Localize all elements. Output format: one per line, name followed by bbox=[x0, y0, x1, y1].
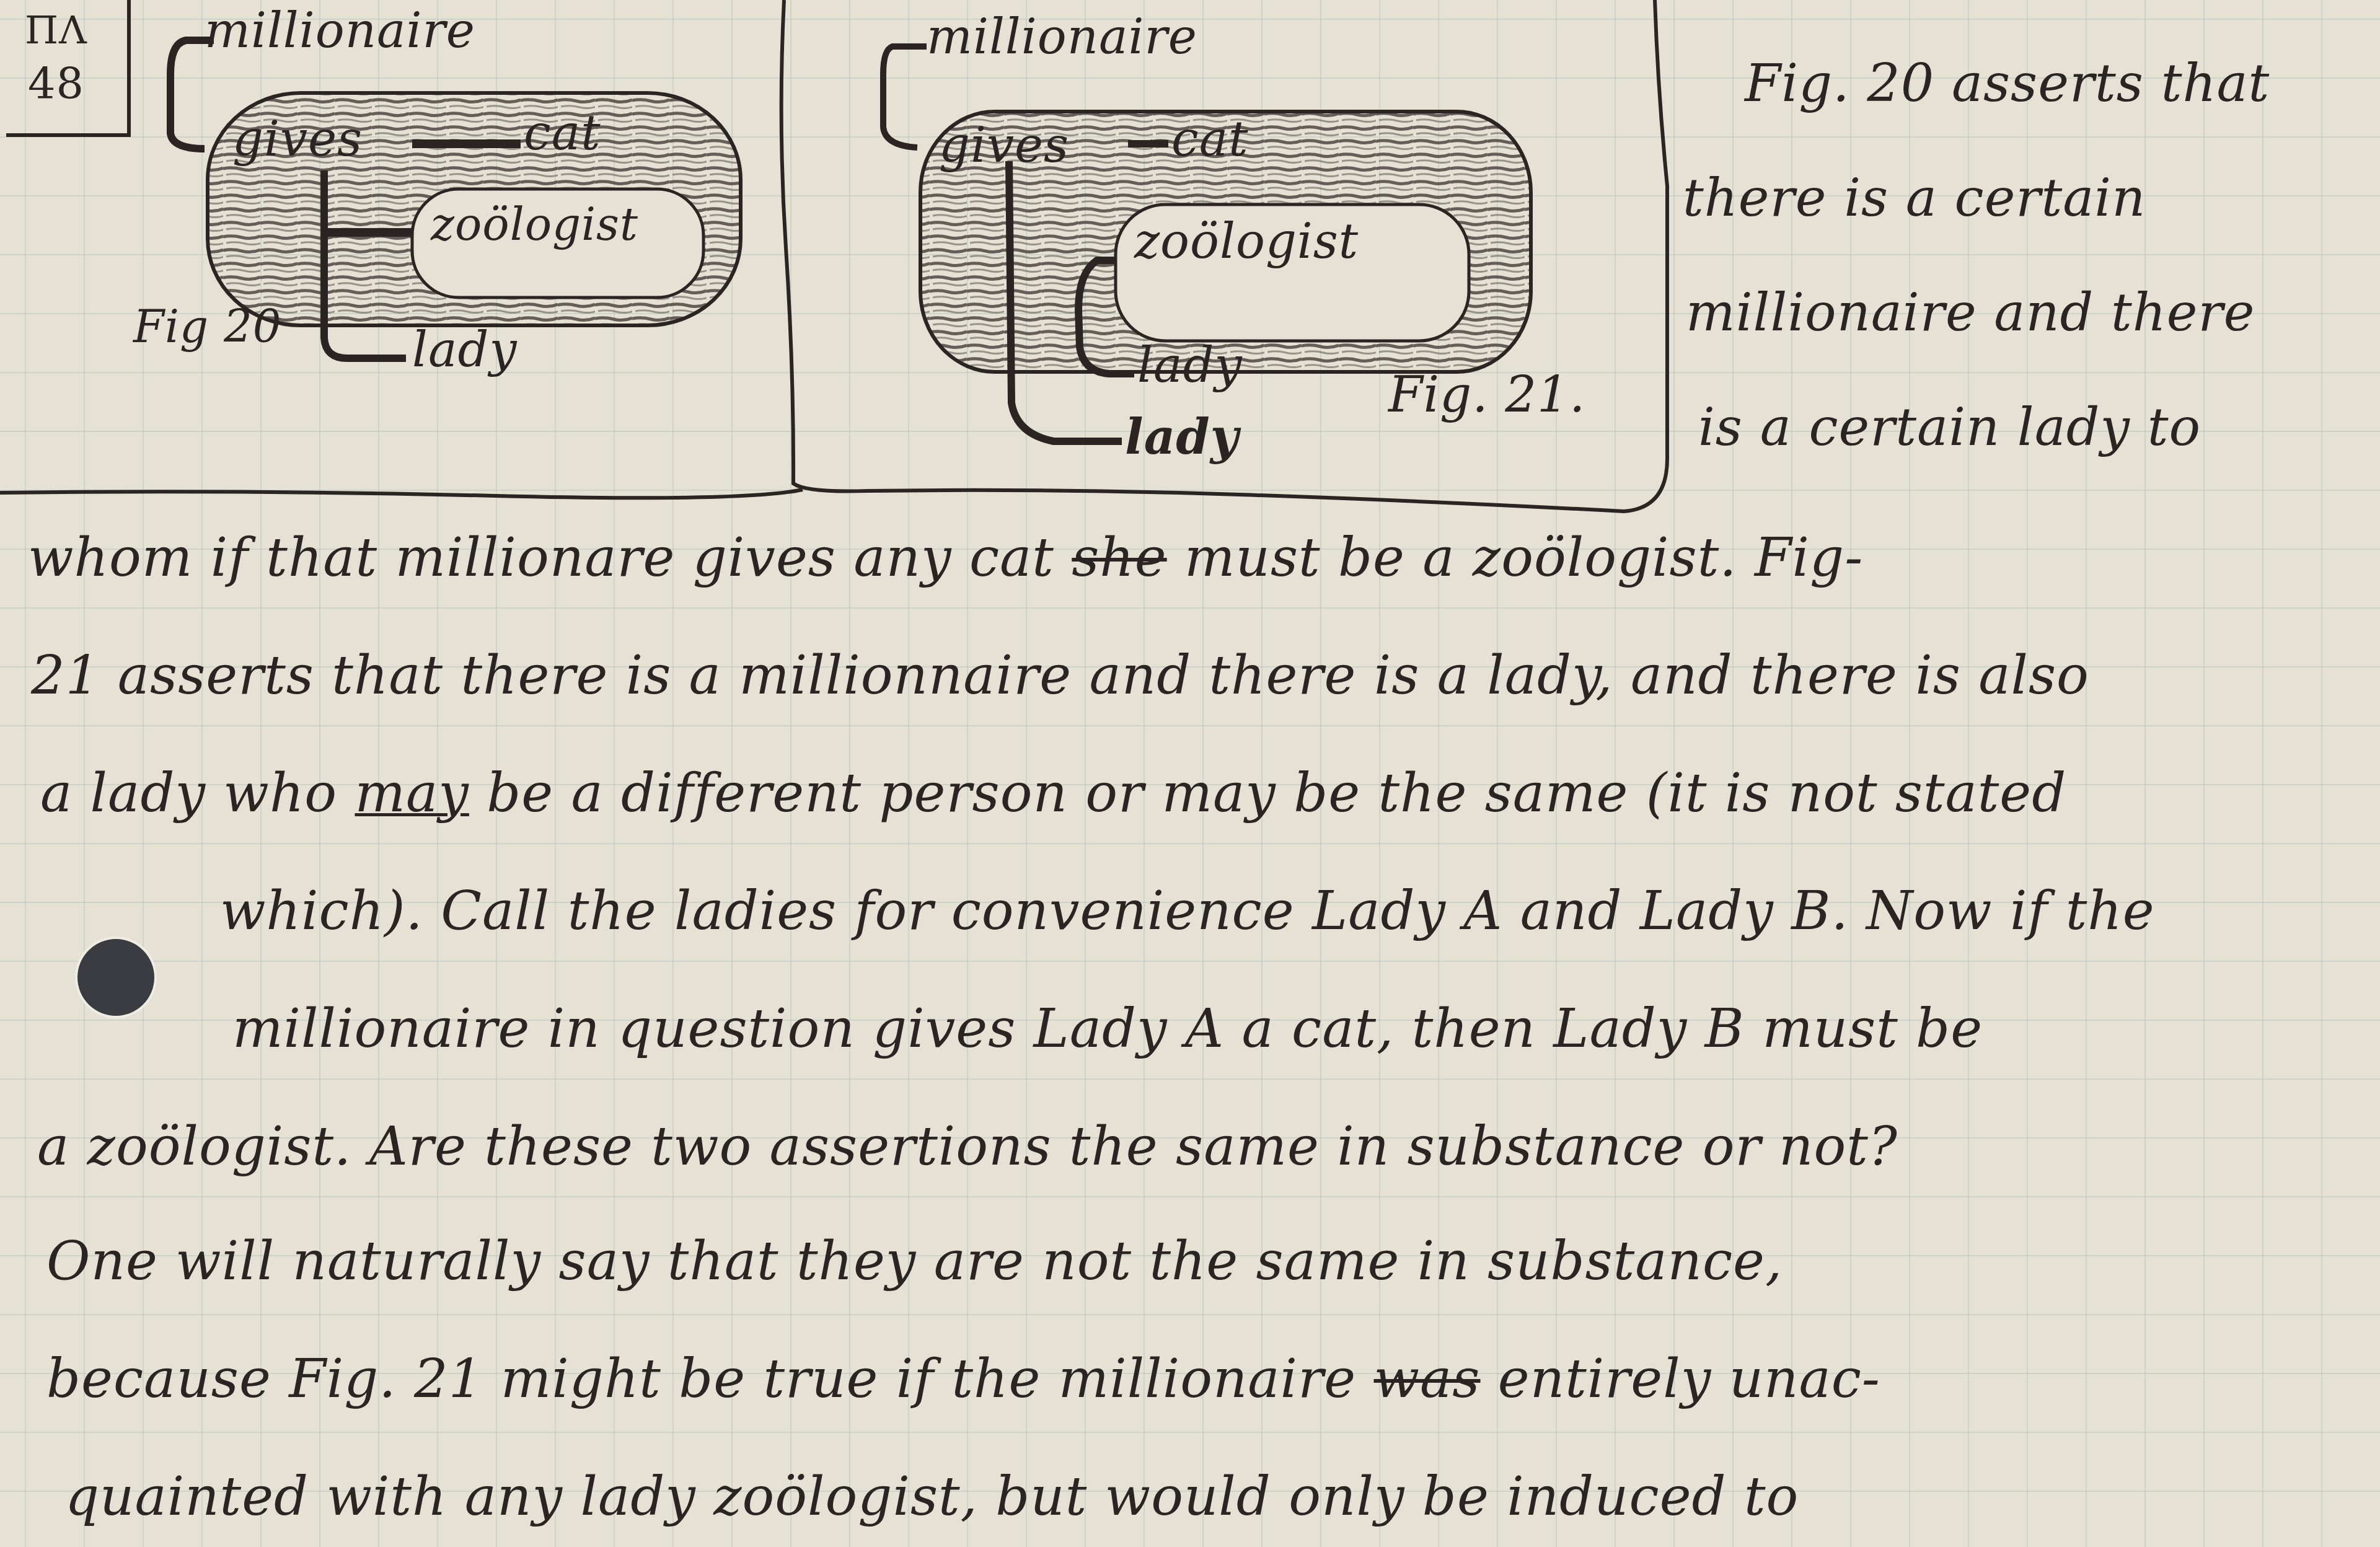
body-line-2: 21 asserts that there is a millionnaire … bbox=[31, 645, 2089, 707]
figure-21-millionaire-line bbox=[883, 46, 927, 148]
body-line-4: which). Call the ladies for convenience … bbox=[220, 880, 2155, 942]
body-line-7: One will naturally say that they are not… bbox=[46, 1230, 1783, 1292]
punch-hole bbox=[77, 939, 154, 1016]
body-line-5: millionaire in question gives Lady A a c… bbox=[232, 998, 1983, 1060]
body-line-3: a lady who may be a different person or … bbox=[40, 762, 2066, 824]
side-text-line-1: Fig. 20 asserts that bbox=[1745, 53, 2270, 113]
fig20-caption: Fig 20 bbox=[133, 301, 282, 353]
fig21-millionaire: millionaire bbox=[927, 9, 1197, 65]
fig21-lady-a: lady bbox=[1137, 338, 1242, 394]
struck-word: she bbox=[1072, 527, 1166, 589]
side-text-line-4: is a certain lady to bbox=[1698, 397, 2201, 457]
fig20-zoologist: zoölogist bbox=[431, 198, 638, 250]
side-text-line-2: there is a certain bbox=[1683, 167, 2146, 228]
body-line-1: whom if that millionare gives any cat sh… bbox=[28, 527, 1863, 589]
fig21-cat: cat bbox=[1171, 112, 1249, 167]
fig20-cat: cat bbox=[524, 105, 601, 161]
fig21-caption: Fig. 21. bbox=[1388, 366, 1585, 423]
fig20-gives: gives bbox=[232, 112, 363, 167]
body-line-8: because Fig. 21 might be true if the mil… bbox=[46, 1348, 1880, 1410]
underlined-word: may bbox=[355, 762, 469, 824]
figure-20-bottom-rule bbox=[0, 490, 803, 498]
fig21-zoologist: zoölogist bbox=[1134, 214, 1359, 270]
body-line-9: quainted with any lady zoölogist, but wo… bbox=[65, 1466, 1799, 1528]
body-line-6: a zoölogist. Are these two assertions th… bbox=[37, 1116, 1898, 1178]
fig21-lady-b: lady bbox=[1125, 409, 1239, 465]
side-text-line-3: millionaire and there bbox=[1686, 282, 2255, 343]
fig20-millionaire: millionaire bbox=[205, 3, 475, 59]
struck-word: was bbox=[1373, 1348, 1480, 1410]
fig21-gives: gives bbox=[939, 118, 1069, 174]
fig20-lady: lady bbox=[412, 322, 517, 378]
